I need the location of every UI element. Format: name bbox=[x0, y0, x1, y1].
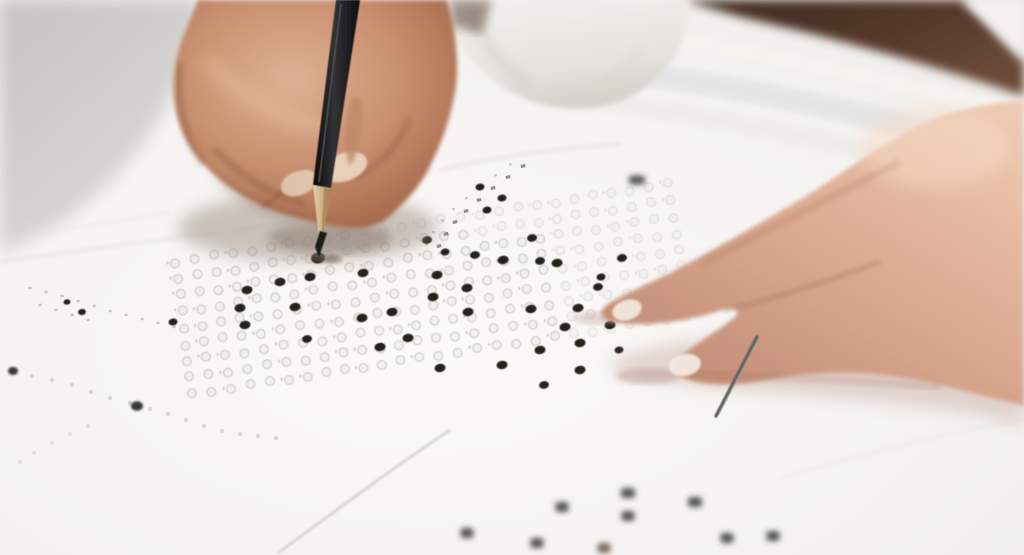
pencil-contact-shadow bbox=[320, 255, 342, 264]
answer-bubble bbox=[356, 328, 365, 337]
answer-bubble bbox=[171, 259, 180, 268]
answer-bubble bbox=[545, 301, 554, 310]
answer-bubble bbox=[517, 238, 526, 247]
question-number-mark-faint bbox=[509, 163, 512, 165]
bubble-letter-mark bbox=[547, 334, 549, 337]
answer-bubble bbox=[482, 258, 491, 267]
answer-bubble bbox=[630, 218, 639, 227]
bubble-letter-mark bbox=[571, 247, 573, 250]
answer-bubble bbox=[279, 340, 288, 349]
answer-bubble bbox=[322, 368, 331, 377]
blurred-bubble bbox=[622, 511, 635, 521]
answer-bubble bbox=[592, 226, 601, 235]
answer-bubble bbox=[553, 215, 562, 224]
answer-bubble bbox=[519, 254, 528, 263]
bubble-letter-mark bbox=[580, 295, 582, 298]
bubble-letter-mark bbox=[463, 315, 465, 318]
answer-bubble bbox=[495, 207, 504, 216]
faint-bubble-mark bbox=[30, 374, 34, 378]
answer-bubble bbox=[451, 332, 460, 341]
answer-bubble bbox=[282, 358, 291, 367]
answer-bubble bbox=[254, 312, 263, 321]
blurred-bubble bbox=[767, 531, 780, 541]
bubble-letter-mark bbox=[194, 324, 196, 327]
bubble-letter-mark bbox=[195, 339, 197, 342]
answer-bubble bbox=[675, 245, 684, 254]
bubble-letter-mark bbox=[488, 343, 490, 346]
answer-bubble bbox=[551, 332, 560, 341]
answer-bubble bbox=[193, 270, 202, 279]
answer-bubble bbox=[337, 333, 346, 342]
faint-bubble-mark bbox=[18, 460, 22, 464]
bubble-letter-mark bbox=[632, 254, 634, 257]
bubble-letter-mark bbox=[574, 264, 576, 267]
answer-bubble bbox=[404, 254, 413, 263]
answer-bubble bbox=[188, 389, 197, 398]
writing-hand bbox=[173, 0, 457, 264]
bubble-letter-mark bbox=[440, 269, 442, 272]
answer-bubble bbox=[571, 210, 580, 219]
photo-stage bbox=[0, 0, 1024, 555]
answer-bubble bbox=[499, 239, 508, 248]
bubble-letter-mark bbox=[493, 224, 495, 227]
answer-bubble bbox=[246, 380, 255, 389]
answer-bubble bbox=[522, 285, 531, 294]
answer-bubble bbox=[506, 304, 515, 313]
faint-bubble-mark bbox=[86, 424, 90, 428]
answer-bubble bbox=[625, 187, 634, 196]
bubble-letter-mark bbox=[577, 279, 579, 282]
answer-bubble bbox=[217, 317, 226, 326]
answer-bubble bbox=[609, 206, 618, 215]
knuckle-highlight bbox=[860, 108, 1010, 188]
answer-bubble bbox=[348, 281, 357, 290]
answer-bubble bbox=[653, 233, 662, 242]
bubble-letter-mark bbox=[174, 308, 176, 311]
answer-bubble bbox=[509, 321, 518, 330]
answer-bubble bbox=[301, 356, 310, 365]
answer-bubble bbox=[373, 309, 382, 318]
blurred-bubble bbox=[461, 528, 474, 538]
bubble-letter-mark bbox=[548, 201, 550, 204]
answer-bubble bbox=[290, 290, 299, 299]
answer-bubble bbox=[351, 298, 360, 307]
answer-bubble bbox=[607, 189, 616, 198]
answer-bubble bbox=[204, 370, 213, 379]
answer-bubble bbox=[483, 276, 492, 285]
bubble-letter-mark bbox=[281, 378, 283, 381]
faint-bubble-mark bbox=[220, 429, 224, 433]
answer-bubble bbox=[484, 294, 493, 303]
bubble-letter-mark bbox=[438, 252, 440, 255]
bubble-letter-mark bbox=[516, 272, 518, 275]
question-number-mark-faint bbox=[465, 197, 468, 199]
bubble-letter-mark bbox=[495, 241, 497, 244]
bubble-letter-mark bbox=[626, 220, 628, 223]
bubble-letter-mark bbox=[497, 276, 499, 279]
answer-bubble bbox=[375, 326, 384, 335]
bubble-letter-mark bbox=[469, 346, 471, 349]
bubble-letter-mark bbox=[308, 304, 310, 307]
bubble-letter-mark bbox=[327, 303, 329, 306]
answer-bubble bbox=[588, 328, 597, 337]
answer-bubble bbox=[570, 329, 579, 338]
question-number-mark-faint bbox=[452, 208, 455, 210]
blurred-bubble bbox=[721, 533, 734, 543]
answer-bubble bbox=[466, 295, 475, 304]
answer-bubble bbox=[603, 290, 612, 299]
answer-bubble bbox=[215, 302, 224, 311]
answer-bubble bbox=[183, 357, 192, 366]
bubble-letter-mark bbox=[360, 264, 362, 267]
answer-bubble bbox=[235, 313, 244, 322]
answer-bubble bbox=[453, 349, 462, 358]
answer-bubble bbox=[672, 230, 681, 239]
bubble-letter-mark bbox=[170, 277, 172, 280]
answer-bubble bbox=[554, 230, 563, 239]
blurred-bubble bbox=[531, 538, 544, 548]
bubble-letter-mark bbox=[275, 343, 277, 346]
bubble-letter-mark bbox=[552, 248, 554, 251]
bubble-letter-mark bbox=[521, 305, 523, 308]
answer-bubble bbox=[492, 341, 501, 350]
bubble-letter-mark bbox=[408, 323, 410, 326]
answer-bubble bbox=[263, 360, 272, 369]
answer-bubble bbox=[266, 377, 275, 386]
answer-bubble bbox=[396, 356, 405, 365]
answer-bubble bbox=[390, 289, 399, 298]
bubble-letter-mark bbox=[299, 375, 301, 378]
bubble-letter-mark bbox=[355, 366, 357, 369]
answer-bubble bbox=[489, 324, 498, 333]
answer-bubble bbox=[570, 195, 579, 204]
bubble-letter-mark bbox=[278, 360, 280, 363]
answer-bubble bbox=[201, 352, 210, 361]
answer-bubble bbox=[627, 203, 636, 212]
bubble-letter-mark bbox=[442, 284, 444, 287]
answer-bubble bbox=[533, 201, 542, 210]
blurred-bubble bbox=[621, 488, 635, 498]
answer-bubble bbox=[650, 215, 659, 224]
answer-bubble bbox=[611, 223, 620, 232]
answer-bubble bbox=[384, 258, 393, 267]
bubble-letter-mark bbox=[550, 232, 552, 235]
answer-bubble bbox=[556, 246, 565, 255]
answer-bubble bbox=[666, 196, 675, 205]
answer-bubble bbox=[432, 333, 441, 342]
answer-bubble bbox=[597, 257, 606, 266]
answer-bubble bbox=[271, 293, 280, 302]
answer-bubble bbox=[326, 266, 335, 275]
answer-bubble bbox=[575, 245, 584, 254]
faint-bubble-mark bbox=[184, 418, 188, 422]
blurred-bubble bbox=[629, 176, 645, 185]
answer-bubble bbox=[590, 208, 599, 217]
answer-bubble bbox=[174, 275, 183, 284]
answer-bubble bbox=[410, 306, 419, 315]
answer-bubble bbox=[633, 234, 642, 243]
bubble-letter-mark bbox=[607, 225, 609, 228]
faint-bubble-mark bbox=[166, 412, 170, 416]
answer-bubble bbox=[260, 345, 269, 354]
faint-bubble-mark bbox=[68, 432, 72, 436]
answer-bubble bbox=[516, 220, 525, 229]
answer-bubble bbox=[614, 237, 623, 246]
bubble-letter-mark bbox=[303, 273, 305, 276]
answer-bubble bbox=[463, 261, 472, 270]
answer-bubble bbox=[332, 300, 341, 309]
bubble-letter-mark bbox=[524, 323, 526, 326]
faint-bubble-mark bbox=[32, 451, 36, 455]
faint-bubble-mark bbox=[148, 407, 152, 411]
answer-bubble bbox=[542, 283, 551, 292]
bubble-letter-mark bbox=[386, 292, 388, 295]
answer-bubble bbox=[320, 353, 329, 362]
answer-bubble bbox=[470, 329, 479, 338]
answer-bubble bbox=[233, 282, 242, 291]
bubble-letter-mark bbox=[354, 348, 356, 351]
answer-bubble bbox=[423, 251, 432, 260]
answer-bubble bbox=[456, 213, 465, 222]
answer-bubble bbox=[561, 282, 570, 291]
answer-bubble bbox=[656, 250, 665, 259]
bubble-letter-mark bbox=[216, 353, 218, 356]
bubble-letter-mark bbox=[248, 296, 250, 299]
answer-bubble bbox=[339, 348, 348, 357]
answer-bubble bbox=[539, 265, 548, 274]
faint-bubble-mark bbox=[256, 434, 260, 438]
bubble-letter-mark bbox=[419, 253, 421, 256]
answer-bubble bbox=[288, 274, 297, 283]
answer-bubble bbox=[552, 199, 561, 208]
answer-bubble bbox=[195, 287, 204, 296]
answer-bubble bbox=[429, 301, 438, 310]
bubble-letter-mark bbox=[272, 327, 274, 330]
bubble-letter-mark bbox=[629, 236, 631, 239]
answer-bubble bbox=[231, 266, 240, 275]
answer-bubble bbox=[251, 277, 260, 286]
answer-bubble bbox=[528, 320, 537, 329]
answer-bubble bbox=[536, 235, 545, 244]
answer-bubble bbox=[212, 268, 221, 277]
answer-bubble bbox=[218, 333, 227, 342]
answer-bubble bbox=[514, 202, 523, 211]
answer-bubble bbox=[393, 325, 402, 334]
answer-bubble bbox=[368, 278, 377, 287]
answer-bubble bbox=[501, 274, 510, 283]
bubble-letter-mark bbox=[229, 285, 231, 288]
bubble-letter-mark bbox=[193, 307, 195, 310]
faint-bubble-mark bbox=[108, 396, 112, 400]
answer-bubble bbox=[413, 336, 422, 345]
answer-bubble bbox=[406, 270, 415, 279]
answer-bubble bbox=[409, 288, 418, 297]
answer-bubble bbox=[658, 265, 667, 274]
answer-bubble bbox=[243, 365, 252, 374]
bubble-letter-mark bbox=[529, 203, 531, 206]
bubble-letter-mark bbox=[172, 292, 174, 295]
answer-bubble bbox=[537, 249, 546, 258]
answer-bubble bbox=[309, 285, 318, 294]
faint-bubble-mark bbox=[89, 390, 93, 394]
answer-bubble bbox=[176, 289, 185, 298]
answer-bubble bbox=[180, 324, 189, 333]
bubble-letter-mark bbox=[335, 350, 337, 353]
bubble-letter-mark bbox=[389, 327, 391, 330]
answer-bubble bbox=[335, 318, 344, 327]
fist-shadow-dark bbox=[268, 222, 392, 254]
bubble-letter-mark bbox=[662, 198, 664, 201]
answer-bubble bbox=[531, 337, 540, 346]
answer-bubble bbox=[315, 319, 324, 328]
answer-bubble bbox=[564, 297, 573, 306]
answer-bubble bbox=[476, 211, 485, 220]
answer-bubble bbox=[197, 305, 206, 314]
bubble-letter-mark bbox=[603, 327, 605, 330]
answer-bubble bbox=[252, 294, 261, 303]
answer-bubble bbox=[387, 273, 396, 282]
answer-bubble bbox=[345, 263, 354, 272]
faint-bubble-mark bbox=[274, 436, 278, 440]
answer-bubble bbox=[644, 183, 653, 192]
answer-bubble bbox=[446, 281, 455, 290]
stray-filled-bubble bbox=[8, 367, 18, 375]
bubble-letter-mark bbox=[363, 281, 365, 284]
answer-bubble bbox=[178, 306, 187, 315]
answer-bubble bbox=[548, 317, 557, 326]
answer-bubble bbox=[341, 365, 350, 374]
answer-bubble bbox=[588, 190, 597, 199]
answer-bubble bbox=[636, 252, 645, 261]
answer-bubble bbox=[227, 385, 236, 394]
answer-bubble bbox=[594, 242, 603, 251]
bubble-letter-mark bbox=[331, 320, 333, 323]
bubble-letter-mark bbox=[247, 280, 249, 283]
bubble-letter-mark bbox=[599, 293, 601, 296]
answer-bubble bbox=[430, 316, 439, 325]
answer-bubble bbox=[412, 321, 421, 330]
answer-bubble bbox=[647, 198, 656, 207]
answer-bubble bbox=[486, 309, 495, 318]
bubble-letter-mark bbox=[549, 217, 551, 220]
bubble-letter-mark bbox=[544, 319, 546, 322]
answer-bubble bbox=[359, 364, 368, 373]
answer-sheet-photo bbox=[0, 0, 1024, 555]
blurred-bubble bbox=[688, 497, 702, 507]
answer-bubble bbox=[224, 368, 233, 377]
bubble-letter-mark bbox=[635, 272, 637, 275]
answer-bubble bbox=[534, 218, 543, 227]
bubble-letter-mark bbox=[518, 287, 520, 290]
answer-bubble bbox=[473, 344, 482, 353]
blurred-bubble bbox=[598, 543, 611, 553]
answer-bubble bbox=[318, 337, 327, 346]
answer-bubble bbox=[434, 352, 443, 361]
bubble-letter-mark bbox=[471, 213, 473, 216]
answer-bubble bbox=[303, 373, 312, 382]
bubble-letter-mark bbox=[383, 276, 385, 279]
answer-bubble bbox=[358, 346, 367, 355]
answer-bubble bbox=[190, 255, 199, 264]
bubble-letter-mark bbox=[443, 299, 445, 302]
bubble-letter-mark bbox=[654, 268, 656, 271]
answer-bubble bbox=[669, 214, 678, 223]
answer-bubble bbox=[573, 227, 582, 236]
bubble-letter-mark bbox=[227, 269, 229, 272]
answer-bubble bbox=[328, 282, 337, 291]
answer-bubble bbox=[663, 178, 672, 187]
faint-bubble-mark bbox=[238, 432, 242, 436]
faint-bubble-mark bbox=[202, 424, 206, 428]
answer-bubble bbox=[395, 341, 404, 350]
bubble-letter-mark bbox=[305, 288, 307, 291]
faint-bubble-mark bbox=[50, 378, 54, 382]
answer-bubble bbox=[296, 321, 305, 330]
answer-bubble bbox=[639, 270, 648, 279]
answer-bubble bbox=[584, 292, 593, 301]
faint-bubble-mark bbox=[70, 383, 74, 387]
answer-bubble bbox=[312, 301, 321, 310]
answer-bubble bbox=[459, 230, 468, 239]
answer-bubble bbox=[445, 266, 454, 275]
bubble-letter-mark bbox=[411, 355, 413, 358]
answer-bubble bbox=[480, 242, 489, 251]
answer-bubble bbox=[207, 388, 216, 397]
bubble-letter-mark bbox=[223, 387, 225, 390]
stray-filled-bubble bbox=[131, 401, 143, 411]
answer-bubble bbox=[200, 337, 209, 346]
question-number-mark-faint bbox=[494, 174, 497, 176]
bubble-letter-mark bbox=[219, 371, 221, 374]
blurred-bubble bbox=[556, 502, 569, 512]
answer-bubble bbox=[276, 325, 285, 334]
answer-bubble bbox=[447, 297, 456, 306]
bubble-letter-mark bbox=[604, 209, 606, 212]
answer-bubble bbox=[250, 263, 259, 272]
answer-bubble bbox=[520, 269, 529, 278]
answer-bubble bbox=[240, 349, 249, 358]
answer-bubble bbox=[198, 322, 207, 331]
answer-bubble bbox=[256, 330, 265, 339]
question-number-mark-faint bbox=[441, 219, 444, 221]
answer-bubble bbox=[371, 293, 380, 302]
bubble-letter-mark bbox=[603, 191, 605, 194]
bubble-letter-mark bbox=[659, 181, 661, 184]
answer-bubble bbox=[449, 314, 458, 323]
answer-bubble bbox=[497, 222, 506, 231]
answer-bubble bbox=[503, 289, 512, 298]
answer-bubble bbox=[436, 214, 445, 223]
answer-bubble bbox=[461, 246, 470, 255]
bubble-letter-mark bbox=[474, 229, 476, 232]
answer-bubble bbox=[578, 262, 587, 271]
bubble-letter-mark bbox=[333, 335, 335, 338]
bubble-letter-mark bbox=[466, 331, 468, 334]
answer-bubble bbox=[221, 350, 230, 359]
answer-bubble bbox=[478, 227, 487, 236]
answer-bubble bbox=[512, 340, 521, 349]
answer-bubble bbox=[620, 271, 629, 280]
answer-bubble bbox=[214, 286, 223, 295]
answer-bubble bbox=[237, 331, 246, 340]
answer-bubble bbox=[273, 310, 282, 319]
bubble-letter-mark bbox=[462, 298, 464, 301]
answer-bubble bbox=[581, 277, 590, 286]
answer-bubble bbox=[415, 353, 424, 362]
bubble-letter-mark bbox=[197, 355, 199, 358]
answer-bubble bbox=[377, 361, 386, 370]
bubble-letter-mark bbox=[252, 332, 254, 335]
